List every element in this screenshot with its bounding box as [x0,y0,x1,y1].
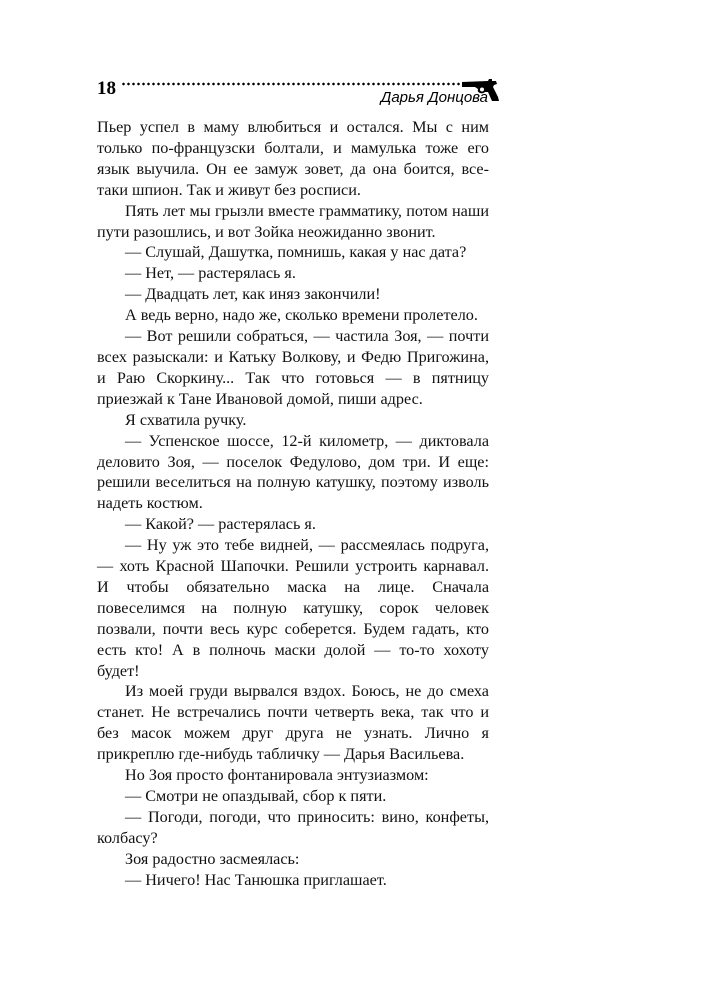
paragraph: — Успенское шоссе, 12-й километр, — дикт… [97,431,489,515]
paragraph: — Ну уж это тебе видней, — рассмеялась п… [97,535,489,681]
dotted-rule [121,81,466,87]
paragraph: — Смотри не опаздывай, сбор к пяти. [97,786,489,807]
paragraph: А ведь верно, надо же, сколько времени п… [97,305,489,326]
paragraph: — Какой? — растерялась я. [97,514,489,535]
paragraph: — Слушай, Дашутка, помнишь, какая у нас … [97,242,489,263]
book-page: 18 Дарья Донцова Пьер успел в маму влюби… [0,0,706,1000]
paragraph: Пять лет мы грызли вместе грамматику, по… [97,201,489,243]
body-text: Пьер успел в маму влюбиться и остался. М… [97,117,489,891]
paragraph: Пьер успел в маму влюбиться и остался. М… [97,117,489,201]
running-header: 18 Дарья Донцова [97,78,502,108]
page-number: 18 [97,78,116,100]
paragraph: Из моей груди вырвался вздох. Боюсь, не … [97,681,489,765]
paragraph: Зоя радостно засмеялась: [97,849,489,870]
paragraph: — Двадцать лет, как иняз закончили! [97,284,489,305]
paragraph: Я схватила ручку. [97,410,489,431]
paragraph: — Ничего! Нас Танюшка приглашает. [97,870,489,891]
paragraph: Но Зоя просто фонтанировала энтузиазмом: [97,765,489,786]
paragraph: — Вот решили собраться, — частила Зоя, —… [97,326,489,410]
revolver-icon [461,78,501,102]
paragraph: — Нет, — растерялась я. [97,263,489,284]
paragraph: — Погоди, погоди, что приносить: вино, к… [97,807,489,849]
